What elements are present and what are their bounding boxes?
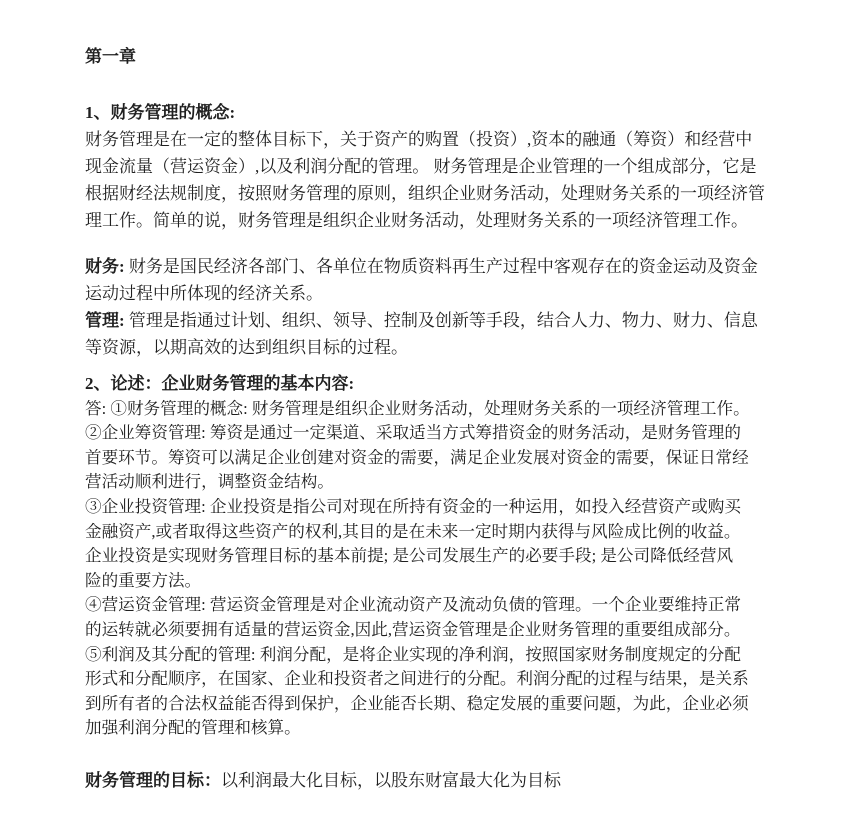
goal-statement: 财务管理的目标：以利润最大化目标，以股东财富最大化为目标	[85, 767, 769, 794]
definition-management: 管理: 管理是指通过计划、组织、领导、控制及创新等手段，结合人力、物力、财力、信…	[85, 307, 769, 361]
goal-text: 以利润最大化目标，以股东财富最大化为目标	[221, 771, 561, 790]
chapter-title: 第一章	[85, 43, 769, 70]
definition-finance: 财务: 财务是国民经济各部门、各单位在物质资料再生产过程中客观存在的资金运动及资…	[85, 253, 769, 307]
definition-finance-term: 财务:	[85, 257, 125, 276]
document-page: 第一章 1、财务管理的概念: 财务管理是在一定的整体目标下，关于资产的购置（投资…	[0, 0, 849, 819]
section2-answer: 答: ①财务管理的概念: 财务管理是组织企业财务活动，处理财务关系的一项经济管理…	[85, 397, 769, 741]
definition-management-term: 管理:	[85, 311, 125, 330]
section1-heading: 1、财务管理的概念:	[85, 99, 769, 126]
goal-term: 财务管理的目标：	[85, 771, 221, 790]
definition-management-text: 管理是指通过计划、组织、领导、控制及创新等手段，结合人力、物力、财力、信息 等资…	[85, 311, 758, 357]
section2-heading: 2、论述：企业财务管理的基本内容:	[85, 372, 769, 397]
definition-finance-text: 财务是国民经济各部门、各单位在物质资料再生产过程中客观存在的资金运动及资金 运动…	[85, 257, 758, 303]
section1-body: 财务管理是在一定的整体目标下，关于资产的购置（投资）,资本的融通（筹资）和经营中…	[85, 126, 769, 234]
